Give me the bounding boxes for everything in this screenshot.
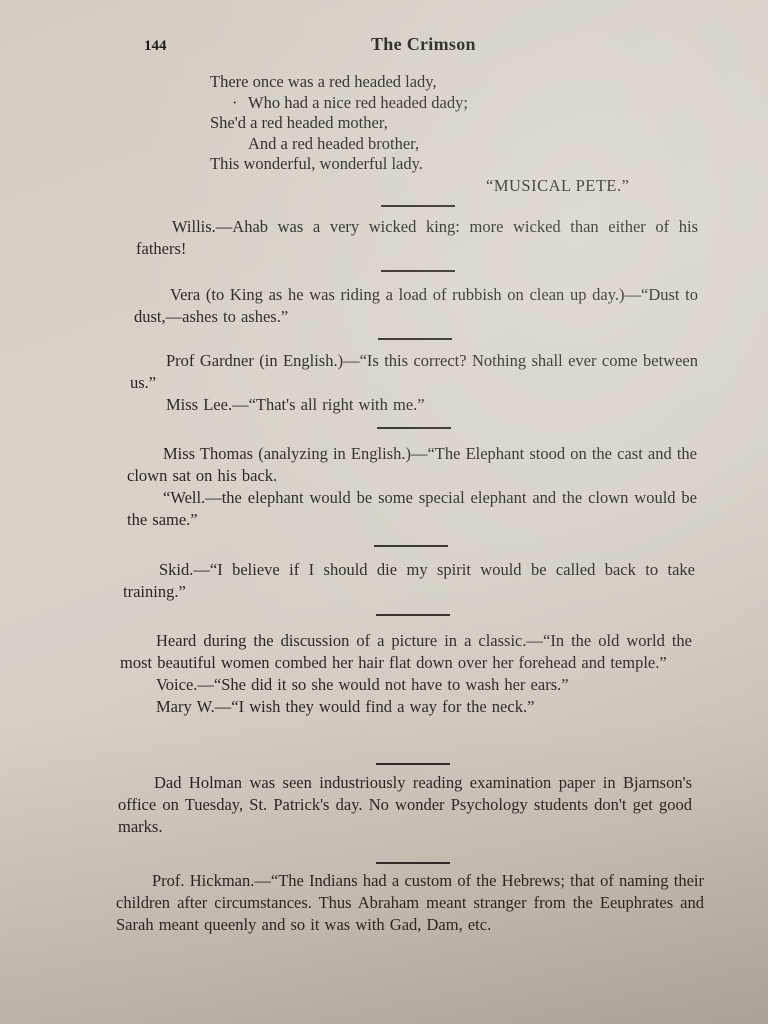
anecdote-text: Miss Thomas (analyzing in English.)—“The…: [127, 443, 697, 487]
divider-rule: [374, 545, 448, 547]
divider-rule: [376, 862, 450, 864]
poem: There once was a red headed lady, ·Who h…: [210, 72, 468, 175]
divider-rule: [378, 338, 452, 340]
divider-rule: [377, 427, 451, 429]
poem-line: This wonderful, wonderful lady.: [210, 154, 468, 175]
anecdote: Willis.—Ahab was a very wicked king: mor…: [136, 216, 698, 260]
poem-line: There once was a red headed lady,: [210, 72, 468, 93]
divider-rule: [381, 270, 455, 272]
poem-line: She'd a red headed mother,: [210, 113, 468, 134]
running-head: The Crimson: [371, 34, 476, 55]
anecdote: Skid.—“I believe if I should die my spir…: [123, 559, 695, 603]
anecdote: Vera (to King as he was riding a load of…: [134, 284, 698, 328]
bullet-mark: ·: [232, 93, 238, 114]
anecdote-text: Miss Lee.—“That's all right with me.”: [130, 394, 698, 416]
anecdote-text: Willis.—Ahab was a very wicked king: mor…: [136, 216, 698, 260]
anecdote: Prof. Hickman.—“The Indians had a custom…: [116, 870, 704, 936]
anecdote-text: Skid.—“I believe if I should die my spir…: [123, 559, 695, 603]
anecdote-text: Heard during the discussion of a picture…: [120, 630, 692, 674]
poem-signature: “MUSICAL PETE.”: [486, 176, 629, 196]
anecdote: Prof Gardner (in English.)—“Is this corr…: [130, 350, 698, 416]
divider-rule: [376, 614, 450, 616]
anecdote: Miss Thomas (analyzing in English.)—“The…: [127, 443, 697, 531]
page-number: 144: [144, 38, 167, 55]
anecdote-text: Mary W.—“I wish they would find a way fo…: [120, 696, 692, 718]
anecdote-text: Prof. Hickman.—“The Indians had a custom…: [116, 870, 704, 936]
anecdote: Dad Holman was seen industriously readin…: [118, 772, 692, 838]
divider-rule: [381, 205, 455, 207]
poem-line-text: Who had a nice red headed dady;: [248, 93, 468, 112]
anecdote-text: “Well.—the elephant would be some specia…: [127, 487, 697, 531]
anecdote-text: Vera (to King as he was riding a load of…: [134, 284, 698, 328]
divider-rule: [376, 763, 450, 765]
poem-line: And a red headed brother,: [210, 134, 468, 155]
anecdote-text: Voice.—“She did it so she would not have…: [120, 674, 692, 696]
anecdote: Heard during the discussion of a picture…: [120, 630, 692, 718]
anecdote-text: Dad Holman was seen industriously readin…: [118, 772, 692, 838]
poem-line: ·Who had a nice red headed dady;: [210, 93, 468, 114]
book-page: 144 The Crimson There once was a red hea…: [0, 0, 768, 1024]
anecdote-text: Prof Gardner (in English.)—“Is this corr…: [130, 350, 698, 394]
